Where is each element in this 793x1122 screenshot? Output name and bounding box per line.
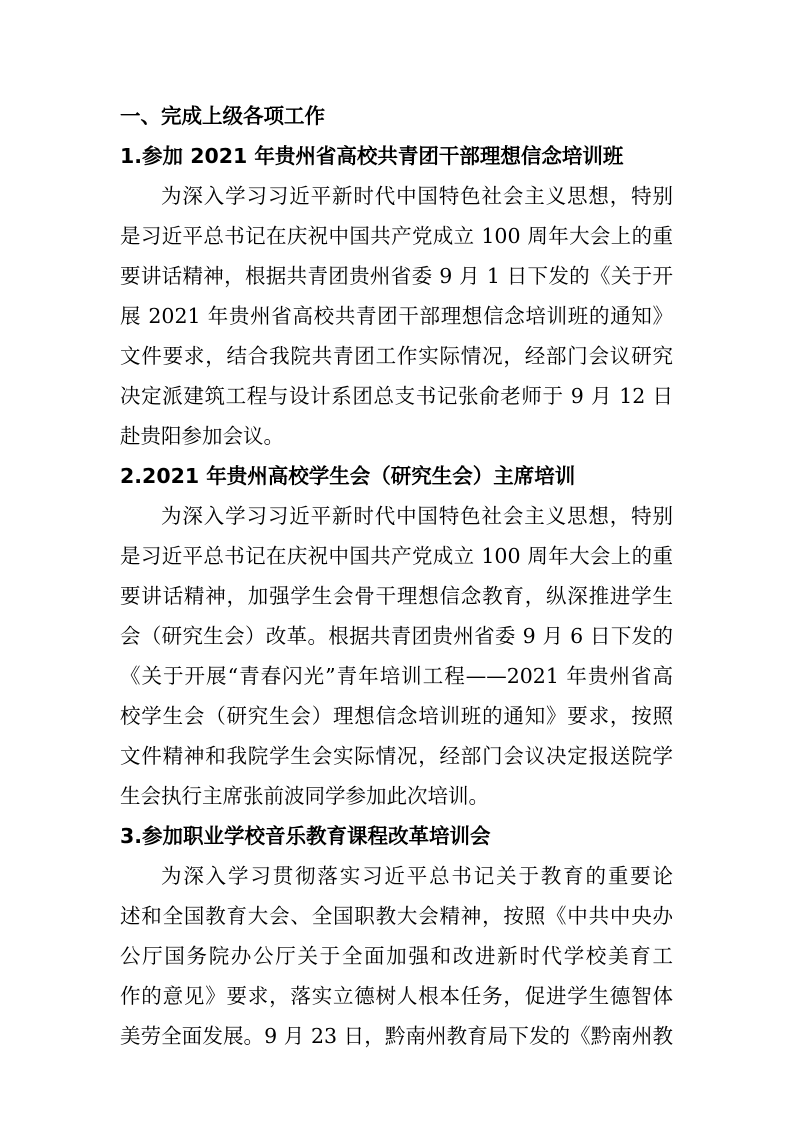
paragraph-line: 赴贵阳参加会议。 bbox=[120, 416, 673, 456]
item-2-title: 2.2021 年贵州高校学生会（研究生会）主席培训 bbox=[120, 456, 673, 496]
paragraph-line: 为深入学习贯彻落实习近平总书记关于教育的重要论 bbox=[120, 856, 673, 896]
paragraph-line: 生会执行主席张前波同学参加此次培训。 bbox=[120, 776, 673, 816]
paragraph-line: 《关于开展“青春闪光”青年培训工程——2021 年贵州省高 bbox=[120, 656, 673, 696]
paragraph-line: 决定派建筑工程与设计系团总支书记张俞老师于 9 月 12 日 bbox=[120, 376, 673, 416]
paragraph-line: 会（研究生会）改革。根据共青团贵州省委 9 月 6 日下发的 bbox=[120, 616, 673, 656]
section-heading: 一、完成上级各项工作 bbox=[120, 96, 673, 136]
paragraph-line: 展 2021 年贵州省高校共青团干部理想信念培训班的通知》 bbox=[120, 296, 673, 336]
paragraph-line: 要讲话精神，加强学生会骨干理想信念教育，纵深推进学生 bbox=[120, 576, 673, 616]
item-3-title: 3.参加职业学校音乐教育课程改革培训会 bbox=[120, 816, 673, 856]
paragraph-line: 公厅国务院办公厅关于全面加强和改进新时代学校美育工 bbox=[120, 936, 673, 976]
paragraph-line: 校学生会（研究生会）理想信念培训班的通知》要求，按照 bbox=[120, 696, 673, 736]
paragraph-line: 是习近平总书记在庆祝中国共产党成立 100 周年大会上的重 bbox=[120, 216, 673, 256]
item-1-title: 1.参加 2021 年贵州省高校共青团干部理想信念培训班 bbox=[120, 136, 673, 176]
paragraph-line: 文件精神和我院学生会实际情况，经部门会议决定报送院学 bbox=[120, 736, 673, 776]
document-page: 一、完成上级各项工作 1.参加 2021 年贵州省高校共青团干部理想信念培训班 … bbox=[120, 96, 673, 1056]
paragraph-line: 作的意见》要求，落实立德树人根本任务，促进学生德智体 bbox=[120, 976, 673, 1016]
paragraph-line: 美劳全面发展。9 月 23 日，黔南州教育局下发的《黔南州教 bbox=[120, 1016, 673, 1056]
paragraph-line: 是习近平总书记在庆祝中国共产党成立 100 周年大会上的重 bbox=[120, 536, 673, 576]
paragraph-line: 为深入学习习近平新时代中国特色社会主义思想，特别 bbox=[120, 496, 673, 536]
paragraph-line: 述和全国教育大会、全国职教大会精神，按照《中共中央办 bbox=[120, 896, 673, 936]
paragraph-line: 文件要求，结合我院共青团工作实际情况，经部门会议研究 bbox=[120, 336, 673, 376]
paragraph-line: 要讲话精神，根据共青团贵州省委 9 月 1 日下发的《关于开 bbox=[120, 256, 673, 296]
paragraph-line: 为深入学习习近平新时代中国特色社会主义思想，特别 bbox=[120, 176, 673, 216]
